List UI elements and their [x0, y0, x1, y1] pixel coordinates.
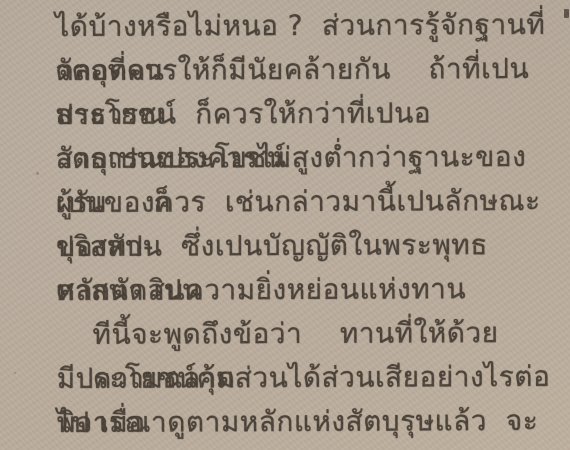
page-text-block: ได้บ้างหรือไม่หนอ ? ส่วนการรู้จักฐานที่ต… — [0, 3, 570, 445]
text-line: พิจารณาดูตามหลักแห่งสัตบุรุษแล้ว จะเห็นไ… — [57, 399, 563, 445]
paragraph: ได้บ้างหรือไม่หนอ ? ส่วนการรู้จักฐานที่ต… — [55, 3, 562, 313]
ink-speck — [564, 9, 569, 18]
scanned-page: ได้บ้างหรือไม่หนอ ? ส่วนการรู้จักฐานที่ต… — [0, 0, 570, 450]
text-line: ได้บ้างหรือไม่หนอ ? ส่วนการรู้จักฐานที่ต… — [55, 3, 561, 49]
text-line: หลักตัดสินความยิ่งหย่อนแห่งทาน — [56, 267, 562, 313]
text-line: ประโยชน์ ก็ควรให้กว่าที่เปนอสาธารณประโยช… — [55, 91, 561, 137]
text-line: ปุริสทาน ซึ่งเปนบัญญัติในพระพุทธศาสนา เป… — [56, 223, 562, 269]
text-line: วัตถุเปนของควรไม่สูงต่ำกว่าฐานะของผู้รับ… — [56, 135, 562, 181]
paper-speck — [36, 172, 39, 175]
text-line: ทีนี้จะพูดถึงข้อว่า ทานที่ให้ด้วยความฉลา… — [56, 311, 562, 357]
text-line: วัตถุที่ควรให้ก็มีนัยคล้ายกัน ถ้าที่เปนส… — [55, 47, 561, 93]
text-line: เปนของควร เช่นกล่าวมานี้เปนลักษณะของสัป- — [56, 179, 562, 225]
paragraph: ทีนี้จะพูดถึงข้อว่า ทานที่ให้ด้วยความฉลา… — [56, 311, 563, 445]
paper-speck — [14, 372, 16, 374]
text-line: มีประโยชน์คุ้มส่วนได้ส่วนเสียอย่างไรต่อไ… — [57, 355, 563, 401]
